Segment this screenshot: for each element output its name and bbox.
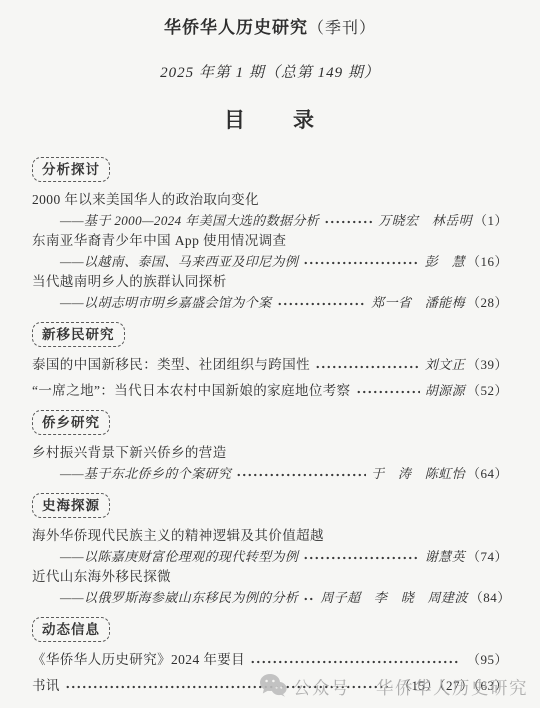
toc-entry-row: ——基于 2000—2024 年美国大选的数据分析万晓宏 林岳明（1） bbox=[60, 211, 508, 232]
toc-entry-row: ——以胡志明市明乡嘉盛会馆为个案郑一省 潘能梅（28） bbox=[60, 293, 508, 314]
toc-entry: 书讯（15）（27）（63） bbox=[32, 676, 508, 697]
page-header: 华侨华人历史研究（季刊） 2025 年第 1 期（总第 149 期） 目 录 bbox=[32, 15, 508, 134]
article-authors: 郑一省 潘能梅 bbox=[371, 293, 465, 314]
section-articles: 2000 年以来美国华人的政治取向变化——基于 2000—2024 年美国大选的… bbox=[32, 190, 508, 313]
article-authors: 彭 慧 bbox=[425, 252, 465, 273]
toc-entry: 近代山东海外移民探微——以俄罗斯海参崴山东移民为例的分析周子超 李 晓 周建波（… bbox=[32, 567, 508, 608]
journal-edition: （季刊） bbox=[308, 20, 376, 37]
article-title: 2000 年以来美国华人的政治取向变化 bbox=[32, 190, 508, 211]
article-authors: 胡源源 bbox=[425, 381, 465, 402]
section-articles: 泰国的中国新移民：类型、社团组织与跨国性刘文正（39）“一席之地”：当代日本农村… bbox=[32, 355, 508, 401]
toc-entry: 泰国的中国新移民：类型、社团组织与跨国性刘文正（39） bbox=[32, 355, 508, 376]
toc-section: 侨乡研究乡村振兴背景下新兴侨乡的营造——基于东北侨乡的个案研究于 涛 陈虹怡（6… bbox=[32, 410, 508, 484]
toc-entry-row: ——以俄罗斯海参崴山东移民为例的分析周子超 李 晓 周建波（84） bbox=[60, 588, 508, 609]
article-subtitle: ——以胡志明市明乡嘉盛会馆为个案 bbox=[60, 293, 272, 314]
toc-entry-row: “一席之地”：当代日本农村中国新娘的家庭地位考察胡源源（52） bbox=[32, 381, 508, 402]
dot-leader bbox=[303, 550, 419, 564]
section-articles: 乡村振兴背景下新兴侨乡的营造——基于东北侨乡的个案研究于 涛 陈虹怡（64） bbox=[32, 443, 508, 484]
article-subtitle: ——以俄罗斯海参崴山东移民为例的分析 bbox=[60, 588, 298, 609]
article-title: “一席之地”：当代日本农村中国新娘的家庭地位考察 bbox=[32, 381, 351, 402]
toc-section: 史海探源海外华侨现代民族主义的精神逻辑及其价值超越——以陈嘉庚财富伦理观的现代转… bbox=[32, 493, 508, 608]
dot-leader bbox=[277, 296, 367, 310]
dot-leader bbox=[303, 591, 315, 605]
toc-entry: 海外华侨现代民族主义的精神逻辑及其价值超越——以陈嘉庚财富伦理观的现代转型为例谢… bbox=[32, 526, 508, 567]
dot-leader bbox=[236, 467, 366, 481]
toc-section: 动态信息《华侨华人历史研究》2024 年要目（95）书讯（15）（27）（63） bbox=[32, 617, 508, 696]
toc-entry: “一席之地”：当代日本农村中国新娘的家庭地位考察胡源源（52） bbox=[32, 381, 508, 402]
section-label-row: 新移民研究 bbox=[32, 322, 508, 347]
journal-title: 华侨华人历史研究（季刊） bbox=[32, 15, 508, 41]
dot-leader bbox=[250, 653, 460, 667]
article-page-number: （64） bbox=[467, 464, 508, 485]
toc-title: 目 录 bbox=[32, 106, 508, 134]
article-title: 东南亚华裔青少年中国 App 使用情况调查 bbox=[32, 231, 508, 252]
article-page-number: （74） bbox=[467, 547, 508, 568]
dot-leader bbox=[324, 214, 373, 228]
toc-entry-row: 泰国的中国新移民：类型、社团组织与跨国性刘文正（39） bbox=[32, 355, 508, 376]
section-label: 分析探讨 bbox=[32, 157, 110, 182]
dot-leader bbox=[315, 358, 420, 372]
article-authors: 谢慧英 bbox=[425, 547, 465, 568]
toc-sections: 分析探讨2000 年以来美国华人的政治取向变化——基于 2000—2024 年美… bbox=[32, 157, 508, 696]
toc-entry-row: ——以越南、泰国、马来西亚及印尼为例彭 慧（16） bbox=[60, 252, 508, 273]
article-page-number: （1） bbox=[474, 211, 508, 232]
article-subtitle: ——以陈嘉庚财富伦理观的现代转型为例 bbox=[60, 547, 298, 568]
article-page-number: （95） bbox=[467, 650, 508, 671]
journal-toc-page: 华侨华人历史研究（季刊） 2025 年第 1 期（总第 149 期） 目 录 分… bbox=[0, 0, 540, 708]
toc-entry-row: ——基于东北侨乡的个案研究于 涛 陈虹怡（64） bbox=[60, 464, 508, 485]
article-page-number: （84） bbox=[470, 588, 511, 609]
dot-leader bbox=[303, 255, 419, 269]
article-authors: 万晓宏 林岳明 bbox=[378, 211, 472, 232]
article-subtitle: ——基于 2000—2024 年美国大选的数据分析 bbox=[60, 211, 319, 232]
dot-leader bbox=[65, 679, 391, 693]
article-title: 海外华侨现代民族主义的精神逻辑及其价值超越 bbox=[32, 526, 508, 547]
section-label-row: 动态信息 bbox=[32, 617, 508, 642]
section-label: 动态信息 bbox=[32, 617, 110, 642]
toc-entry: 2000 年以来美国华人的政治取向变化——基于 2000—2024 年美国大选的… bbox=[32, 190, 508, 231]
section-articles: 《华侨华人历史研究》2024 年要目（95）书讯（15）（27）（63） bbox=[32, 650, 508, 696]
article-authors: 周子超 李 晓 周建波 bbox=[320, 588, 467, 609]
toc-entry-row: 书讯（15）（27）（63） bbox=[32, 676, 508, 697]
toc-entry: 乡村振兴背景下新兴侨乡的营造——基于东北侨乡的个案研究于 涛 陈虹怡（64） bbox=[32, 443, 508, 484]
article-title: 近代山东海外移民探微 bbox=[32, 567, 508, 588]
toc-entry: 《华侨华人历史研究》2024 年要目（95） bbox=[32, 650, 508, 671]
article-page-number: （16） bbox=[467, 252, 508, 273]
section-label: 侨乡研究 bbox=[32, 410, 110, 435]
article-title: 泰国的中国新移民：类型、社团组织与跨国性 bbox=[32, 355, 310, 376]
section-label-row: 侨乡研究 bbox=[32, 410, 508, 435]
article-title: 《华侨华人历史研究》2024 年要目 bbox=[32, 650, 245, 671]
section-label: 史海探源 bbox=[32, 493, 110, 518]
section-label-row: 分析探讨 bbox=[32, 157, 508, 182]
toc-entry: 东南亚华裔青少年中国 App 使用情况调查——以越南、泰国、马来西亚及印尼为例彭… bbox=[32, 231, 508, 272]
toc-entry-row: ——以陈嘉庚财富伦理观的现代转型为例谢慧英（74） bbox=[60, 547, 508, 568]
article-authors: 于 涛 陈虹怡 bbox=[371, 464, 465, 485]
article-subtitle: ——基于东北侨乡的个案研究 bbox=[60, 464, 231, 485]
toc-section: 新移民研究泰国的中国新移民：类型、社团组织与跨国性刘文正（39）“一席之地”：当… bbox=[32, 322, 508, 401]
toc-entry: 当代越南明乡人的族群认同探析——以胡志明市明乡嘉盛会馆为个案郑一省 潘能梅（28… bbox=[32, 272, 508, 313]
article-authors: 刘文正 bbox=[425, 355, 465, 376]
article-page-number: （39） bbox=[467, 355, 508, 376]
section-label-row: 史海探源 bbox=[32, 493, 508, 518]
toc-entry-row: 《华侨华人历史研究》2024 年要目（95） bbox=[32, 650, 508, 671]
toc-section: 分析探讨2000 年以来美国华人的政治取向变化——基于 2000—2024 年美… bbox=[32, 157, 508, 313]
section-label: 新移民研究 bbox=[32, 322, 125, 347]
dot-leader bbox=[356, 384, 420, 398]
article-title: 乡村振兴背景下新兴侨乡的营造 bbox=[32, 443, 508, 464]
article-title: 当代越南明乡人的族群认同探析 bbox=[32, 272, 508, 293]
article-title: 书讯 bbox=[32, 676, 60, 697]
journal-title-text: 华侨华人历史研究 bbox=[164, 18, 308, 37]
article-page-number: （28） bbox=[467, 293, 508, 314]
article-subtitle: ——以越南、泰国、马来西亚及印尼为例 bbox=[60, 252, 298, 273]
article-page-number: （15）（27）（63） bbox=[398, 676, 508, 697]
issue-line: 2025 年第 1 期（总第 149 期） bbox=[32, 63, 508, 84]
article-page-number: （52） bbox=[467, 381, 508, 402]
section-articles: 海外华侨现代民族主义的精神逻辑及其价值超越——以陈嘉庚财富伦理观的现代转型为例谢… bbox=[32, 526, 508, 608]
